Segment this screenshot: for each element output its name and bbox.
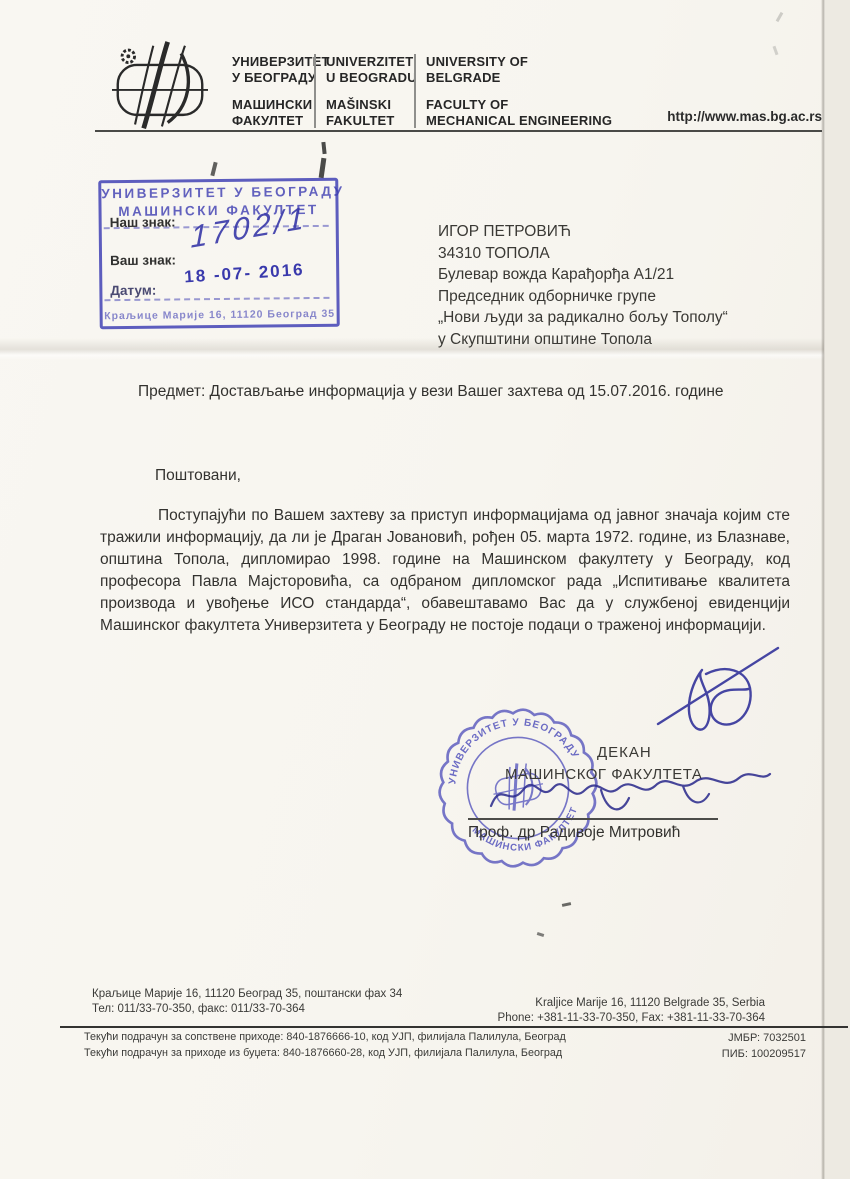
recipient-name: ИГОР ПЕТРОВИЋ (438, 221, 728, 243)
letterhead-latin: UNIVERZITET U BEOGRADU MAŠINSKI FAKULTET (326, 54, 417, 129)
scan-background (825, 0, 850, 1179)
footer-address-en-line: Kraljice Marije 16, 11120 Belgrade 35, S… (498, 996, 765, 1011)
letterhead-line: BELGRADE (426, 70, 612, 86)
footer-address-sr-line: Краљице Марије 16, 11120 Београд 35, пош… (92, 987, 402, 1002)
letterhead-line: UNIVERZITET (326, 54, 417, 70)
registry-stamp: УНИВЕРЗИТЕТ У БЕОГРАДУ МАШИНСКИ ФАКУЛТЕТ… (98, 178, 340, 330)
letterhead-divider (414, 54, 416, 128)
signature-scribble (483, 760, 778, 822)
footer-account-budget: Текући подрачун за приходе из буџета: 84… (84, 1046, 566, 1062)
ink-artifact (319, 158, 327, 179)
letterhead-line: UNIVERSITY OF (426, 54, 612, 70)
letterhead-line: FACULTY OF (426, 97, 612, 113)
website-url: http://www.mas.bg.ac.rs (667, 109, 822, 124)
salutation: Поштовани, (155, 467, 241, 485)
letterhead-line: FAKULTET (326, 113, 417, 129)
stamp-address-line: Краљице Марије 16, 11120 Београд 35 (103, 308, 337, 322)
letterhead-line: MAŠINSKI (326, 97, 417, 113)
signature-line (468, 818, 718, 820)
recipient-block: ИГОР ПЕТРОВИЋ 34310 ТОПОЛА Булевар вожда… (438, 221, 728, 350)
subject-line: Предмет: Достављање информација у вези В… (138, 383, 724, 401)
recipient-group: „Нови људи за радикално бољу Тополу“ (438, 307, 728, 329)
recipient-role: Председник одборничке групе (438, 286, 728, 308)
stamp-university-line: УНИВЕРЗИТЕТ У БЕОГРАДУ (101, 184, 335, 201)
footer-rule (60, 1026, 848, 1028)
mf-faculty-logo-icon (110, 40, 210, 136)
footer-phone-en-line: Phone: +381-11-33-70-350, Fax: +381-11-3… (498, 1011, 765, 1026)
footer-tax-id: ПИБ: 100209517 (722, 1047, 806, 1063)
letterhead-divider (314, 54, 316, 128)
recipient-street: Булевар вожда Карађорђа А1/21 (438, 264, 728, 286)
date-label: Датум: (110, 283, 156, 298)
letterhead-line: MECHANICAL ENGINEERING (426, 113, 612, 129)
handwritten-initials (650, 636, 790, 741)
ink-artifact (537, 932, 545, 937)
letterhead-english: UNIVERSITY OF BELGRADE FACULTY OF MECHAN… (426, 54, 612, 129)
body-paragraph: Поступајући по Вашем захтеву за приступ … (100, 505, 790, 637)
your-ref-label: Ваш знак: (110, 252, 176, 268)
footer-accounts: Текући подрачун за сопствене приходе: 84… (84, 1030, 566, 1061)
footer-phone-sr-line: Тел: 011/33-70-350, факс: 011/33-70-364 (92, 1002, 402, 1017)
recipient-postal: 34310 ТОПОЛА (438, 243, 728, 265)
footer-registry-number: ЈМБР: 7032501 (722, 1031, 806, 1047)
letterhead-line: U BEOGRADU (326, 70, 417, 86)
footer-account-own: Текући подрачун за сопствене приходе: 84… (84, 1030, 566, 1046)
signatory-name: Проф. др Радивоје Митровић (468, 824, 680, 842)
scanned-letter-page: УНИВЕРЗИТЕТ У БЕОГРАДУ МАШИНСКИ ФАКУЛТЕТ… (0, 0, 850, 1179)
footer-ids: ЈМБР: 7032501 ПИБ: 100209517 (722, 1031, 806, 1062)
ink-artifact (773, 46, 779, 55)
footer-address-sr: Краљице Марије 16, 11120 Београд 35, пош… (92, 987, 402, 1016)
ink-artifact (210, 162, 217, 177)
ink-artifact (776, 12, 784, 22)
our-ref-label: Наш знак: (110, 214, 176, 230)
ink-artifact (562, 902, 571, 907)
date-stamp-value: 18 -07- 2016 (184, 260, 305, 288)
dean-title: ДЕКАН (597, 744, 652, 761)
recipient-assembly: у Скупштини општине Топола (438, 329, 728, 351)
ink-artifact (321, 142, 326, 154)
letterhead-rule (95, 130, 822, 132)
footer-address-en: Kraljice Marije 16, 11120 Belgrade 35, S… (498, 996, 765, 1025)
